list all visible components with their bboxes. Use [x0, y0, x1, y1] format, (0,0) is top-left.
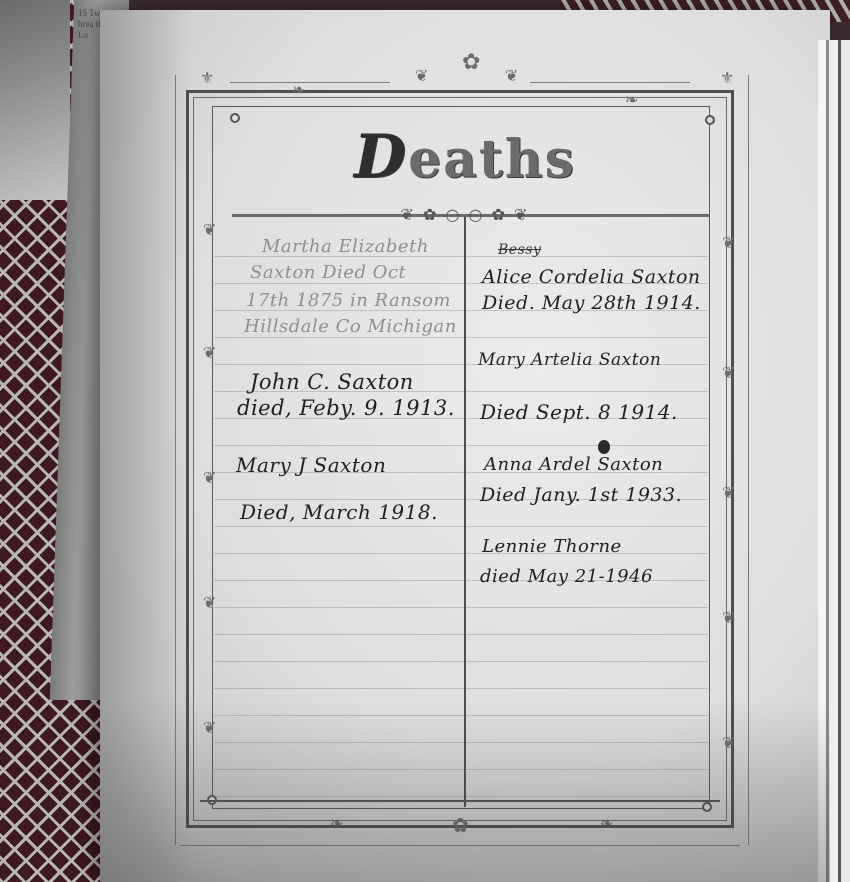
leaf-ornament-icon: ❦: [722, 235, 735, 251]
vine-line-top-right: [530, 82, 690, 83]
ink-blot: [598, 440, 610, 454]
entry-date: Died Jany. 1st 1933.: [480, 484, 682, 506]
entry-line: 17th 1875 in Ransom: [246, 290, 451, 311]
background-shadow: [0, 0, 70, 200]
rosette-icon: [705, 115, 715, 125]
leaf-ornament-icon: ❦: [505, 68, 518, 84]
struck-out-word: Bessy: [498, 242, 541, 258]
entry-line: Hillsdale Co Michigan: [244, 316, 457, 337]
entry-name: Mary Artelia Saxton: [478, 350, 661, 370]
entry-name: Martha Elizabeth: [262, 236, 429, 257]
entry-name: Anna Ardel Saxton: [484, 454, 663, 475]
leaf-ornament-icon: ❦: [722, 485, 735, 501]
entry-name: Alice Cordelia Saxton: [482, 266, 701, 288]
entry-line: Saxton Died Oct: [250, 262, 406, 283]
page-title: Deaths: [340, 122, 590, 192]
rosette-icon: [230, 113, 240, 123]
entry-name: Mary J Saxton: [236, 453, 386, 477]
entry-name: John C. Saxton: [250, 370, 414, 394]
leaf-ornament-icon: ❧: [625, 92, 638, 108]
leaf-ornament-icon: ❦: [722, 610, 735, 626]
entry-date: Died, March 1918.: [240, 500, 438, 524]
entry-date: died, Feby. 9. 1913.: [237, 396, 455, 420]
leaf-ornament-icon: ❦: [722, 365, 735, 381]
fleur-ornament-icon: ⚜: [200, 70, 214, 86]
entry-date: Died. May 28th 1914.: [482, 292, 701, 314]
flower-ornament-icon: ✿: [462, 52, 480, 74]
leaf-ornament-icon: ❦: [415, 68, 428, 84]
entry-name: Lennie Thorne: [482, 536, 622, 557]
fleur-ornament-icon: ⚜: [720, 70, 734, 86]
leaf-ornament-icon: ❧: [292, 82, 305, 98]
vine-line-top-left: [230, 82, 390, 83]
title-initial: D: [354, 122, 408, 192]
entry-date: died May 21-1946: [480, 566, 653, 587]
entry-date: Died Sept. 8 1914.: [480, 400, 678, 424]
page-bottom-shadow: [100, 700, 830, 882]
title-rest: eaths: [408, 129, 576, 190]
